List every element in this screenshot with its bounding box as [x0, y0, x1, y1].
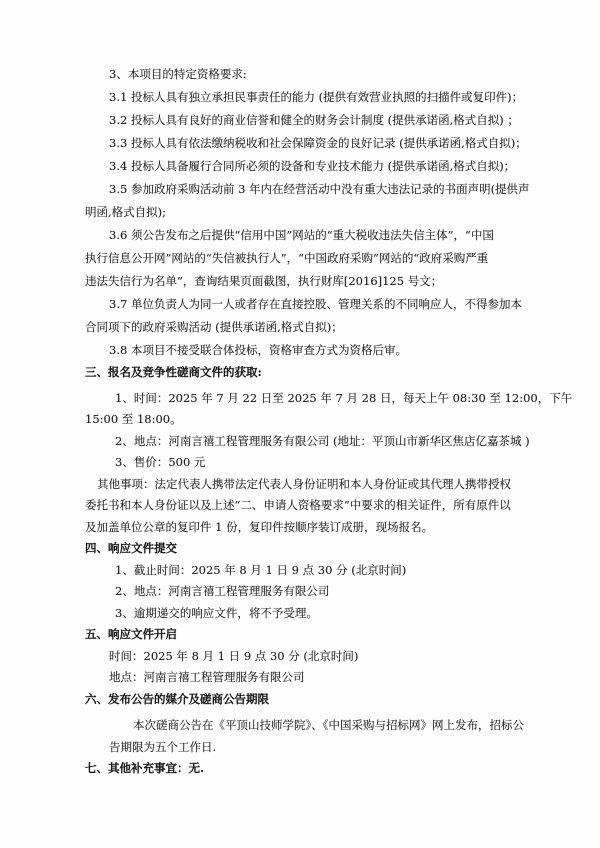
media-line-2: 告期限为五个工作日. [85, 737, 555, 759]
section-7-heading: 七、其他补充事宜：无. [85, 758, 555, 780]
media-line-1: 本次磋商公告在《平顶山技师学院》、《中国采购与招标网》网上发布，招标公 [85, 715, 555, 737]
open-time: 时间：2025 年 8 月 1 日 9 点 30 分 (北京时间) [85, 646, 555, 668]
clause-3-1: 3.1 投标人具有独立承担民事责任的能力 (提供有效营业执照的扫描件或复印件)； [85, 86, 555, 109]
obtain-price: 3、售价：500 元 [85, 452, 555, 474]
submit-deadline: 1、截止时间：2025 年 8 月 1 日 9 点 30 分 (北京时间) [85, 560, 555, 582]
section-3-heading: 三、报名及竞争性磋商文件的获取: [85, 362, 555, 384]
clause-3-2: 3.2 投标人具有良好的商业信誉和健全的财务会计制度 (提供承诺函,格式自拟) … [85, 109, 555, 132]
document-page: 3、本项目的特定资格要求: 3.1 投标人具有独立承担民事责任的能力 (提供有效… [0, 0, 600, 848]
submit-location: 2、地点：河南言禧工程管理服务有限公司 [85, 581, 555, 603]
clause-3-5-line-2: 明函,格式自拟); [85, 201, 555, 224]
section-document-obtain: 三、报名及竞争性磋商文件的获取: 1、时间：2025 年 7 月 22 日至 2… [85, 362, 555, 538]
other-notes-line-3: 及加盖单位公章的复印件 1 份，复印件按顺序装订成册，现场报名。 [85, 517, 555, 539]
announcement-body: 3、本项目的特定资格要求: 3.1 投标人具有独立承担民事责任的能力 (提供有效… [85, 63, 555, 780]
clause-3-6-line-2: 执行信息公开网”网站的“失信被执行人”，“中国政府采购”网站的“政府采购严重 [85, 247, 555, 270]
section-response-submission: 四、响应文件提交 1、截止时间：2025 年 8 月 1 日 9 点 30 分 … [85, 538, 555, 624]
clause-3-5-line-1: 3.5 参加政府采购活动前 3 年内在经营活动中没有重大违法记录的书面声明(提供… [85, 178, 555, 201]
section-response-opening: 五、响应文件开启 时间：2025 年 8 月 1 日 9 点 30 分 (北京时… [85, 624, 555, 689]
clause-3-intro: 3、本项目的特定资格要求: [85, 63, 555, 86]
section-5-heading: 五、响应文件开启 [85, 624, 555, 646]
submit-late-notice: 3、逾期递交的响应文件，将不予受理。 [85, 603, 555, 625]
obtain-time-line-2: 15:00 至 18:00。 [85, 409, 555, 431]
clause-3-8: 3.8 本项目不接受联合体投标，资格审查方式为资格后审。 [85, 339, 555, 362]
clause-3-3: 3.3 投标人具有依法缴纳税收和社会保障资金的良好记录 (提供承诺函,格式自拟)… [85, 132, 555, 155]
section-qualifications: 3、本项目的特定资格要求: 3.1 投标人具有独立承担民事责任的能力 (提供有效… [85, 63, 555, 362]
clause-3-7-line-2: 合同项下的政府采购活动 (提供承诺函,格式自拟)； [85, 316, 555, 339]
other-notes-line-1: 其他事项：法定代表人携带法定代表人身份证明和本人身份证或其代理人携带授权 [85, 474, 555, 496]
obtain-time-line-1: 1、时间：2025 年 7 月 22 日至 2025 年 7 月 28 日，每天… [85, 388, 555, 410]
clause-3-7-line-1: 3.7 单位负责人为同一人或者存在直接控股、管理关系的不同响应人，不得参加本 [85, 293, 555, 316]
other-notes-line-2: 委托书和本人身份证以及上述“二、申请人资格要求”中要求的相关证件，所有原件以 [85, 495, 555, 517]
section-4-heading: 四、响应文件提交 [85, 538, 555, 560]
section-other-matters: 七、其他补充事宜：无. [85, 758, 555, 780]
section-announcement-media: 六、发布公告的媒介及磋商公告期限 本次磋商公告在《平顶山技师学院》、《中国采购与… [85, 689, 555, 759]
open-location: 地点：河南言禧工程管理服务有限公司 [85, 667, 555, 689]
obtain-location: 2、地点：河南言禧工程管理服务有限公司 (地址：平顶山市新华区焦店亿嘉茶城 ) [85, 431, 555, 453]
clause-3-6-line-3: 违法失信行为名单”，查询结果页面截图，执行财库[2016]125 号文； [85, 270, 555, 293]
clause-3-6-line-1: 3.6 须公告发布之后提供“信用中国”网站的“重大税收违法失信主体”，“中国 [85, 224, 555, 247]
section-6-heading: 六、发布公告的媒介及磋商公告期限 [85, 689, 555, 711]
clause-3-4: 3.4 投标人具备履行合同所必须的设备和专业技术能力 (提供承诺函,格式自拟)； [85, 155, 555, 178]
